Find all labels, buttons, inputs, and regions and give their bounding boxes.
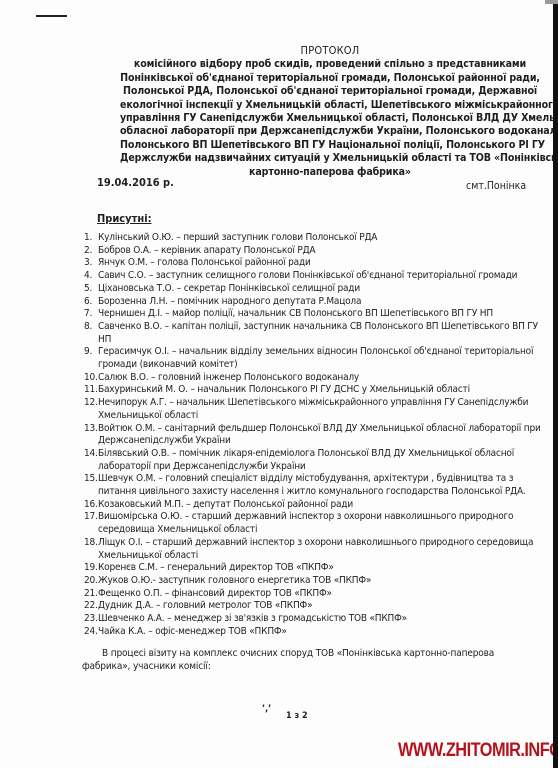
attendee-number: 12. <box>84 397 98 410</box>
attendee-number: 20. <box>84 575 98 588</box>
attendee-number: 4. <box>84 270 98 283</box>
attendee-text: Войтюк О.М. – санітарний фельдшер Полонс… <box>98 423 544 448</box>
scan-speck: ’,’ <box>262 704 271 714</box>
attendee-number: 13. <box>84 423 98 436</box>
attendee-number: 11. <box>84 384 98 397</box>
attendee-item: 10.Салюк В.О. – головний інженер Полонсь… <box>84 372 544 385</box>
attendee-text: Герасимчук О.І. – начальник відділу земе… <box>98 346 544 371</box>
attendee-text: Нечипорук А.Г. – начальник Шепетівського… <box>98 397 544 422</box>
attendee-number: 1. <box>84 232 98 245</box>
attendee-text: Чернишен Д.І. – майор поліції, начальник… <box>98 308 544 321</box>
attendee-text: Дудник Д.А. – головний метролог ТОВ «ПКП… <box>98 600 544 613</box>
attendee-text: Коренєв С.М. – генеральний директор ТОВ … <box>98 562 544 575</box>
attendee-item: 6.Борозенна Л.Н. – помічник народного де… <box>84 296 544 309</box>
subtitle-line: Понінківської об'єднаної територіальної … <box>120 72 540 85</box>
attendee-number: 21. <box>84 588 98 601</box>
attendee-text: Савченко В.О. – капітан поліції, заступн… <box>98 321 544 346</box>
attendee-text: Бахуринський М. О. – начальник Полонсько… <box>98 384 544 397</box>
subtitle-line: Держслужби надзвичайних ситуацій у Хмель… <box>120 152 540 165</box>
attendee-number: 14. <box>84 448 98 461</box>
attendee-item: 21.Фещенко О.П. – фінансовий директор ТО… <box>84 588 544 601</box>
subtitle-line: екологічної інспекції у Хмельницькій обл… <box>120 99 540 112</box>
attendee-text: Ціхановська Т.О. – секретар Понінківсько… <box>98 283 544 296</box>
attendee-number: 23. <box>84 613 98 626</box>
attendee-number: 19. <box>84 562 98 575</box>
attendee-text: Білявський О.В. – помічник лікаря-епідем… <box>98 448 544 473</box>
attendee-text: Шевченко А.А. – менеджер зі зв'язків з г… <box>98 613 544 626</box>
attendee-item: 11.Бахуринський М. О. – начальник Полонс… <box>84 384 544 397</box>
attendee-number: 18. <box>84 537 98 550</box>
scan-edge-band <box>553 4 558 768</box>
attendee-text: Савич С.О. – заступник селищного голови … <box>98 270 544 283</box>
attendee-number: 22. <box>84 600 98 613</box>
closing-paragraph: В процесі візиту на комплекс очисних спо… <box>82 648 542 673</box>
attendee-number: 8. <box>84 321 98 334</box>
document-date: 19.04.2016 р. <box>97 176 174 189</box>
present-heading: Присутні: <box>97 212 152 225</box>
subtitle-line: Полонської РДА, Полонської об'єднаної те… <box>120 85 540 98</box>
site-watermark: WWW.ZHITOMIR.INFO <box>398 740 558 762</box>
subtitle-line: комісійного відбору проб скидів, проведе… <box>120 58 540 71</box>
attendee-text: Ліщук О.І. – старший державний інспектор… <box>98 537 544 562</box>
attendees-list: 1.Кулінський О.Ю. – перший заступник гол… <box>84 232 544 639</box>
attendee-number: 24. <box>84 626 98 639</box>
attendee-number: 3. <box>84 257 98 270</box>
attendee-text: Жуков О.Ю.- заступник головного енергети… <box>98 575 544 588</box>
document-place: смт.Понінка <box>466 180 526 192</box>
attendee-text: Кулінський О.Ю. – перший заступник голов… <box>98 232 544 245</box>
attendee-item: 8.Савченко В.О. – капітан поліції, засту… <box>84 321 544 346</box>
attendee-item: 15.Шевчук О.М. – головний спеціаліст від… <box>84 473 544 498</box>
attendee-number: 6. <box>84 296 98 309</box>
attendee-number: 9. <box>84 346 98 359</box>
document-page: ПРОТОКОЛ комісійного відбору проб скидів… <box>0 0 553 768</box>
subtitle-line: управління ГУ Санепідслужби Хмельницької… <box>120 112 540 125</box>
attendee-number: 2. <box>84 245 98 258</box>
attendee-text: Чайка К.А. – офіс-менеджер ТОВ «ПКПФ» <box>98 626 544 639</box>
subtitle-line: Полонського ВП Шепетівського ВП ГУ Націо… <box>120 139 540 152</box>
subtitle-line: обласної лабораторії при Держсанепідслуж… <box>120 125 540 138</box>
attendee-item: 22.Дудник Д.А. – головний метролог ТОВ «… <box>84 600 544 613</box>
attendee-text: Салюк В.О. – головний інженер Полонськог… <box>98 372 544 385</box>
attendee-item: 1.Кулінський О.Ю. – перший заступник гол… <box>84 232 544 245</box>
attendee-number: 17. <box>84 511 98 524</box>
attendee-number: 5. <box>84 283 98 296</box>
attendee-item: 3.Янчук О.М. – голова Полонської районно… <box>84 257 544 270</box>
attendee-item: 23.Шевченко А.А. – менеджер зі зв'язків … <box>84 613 544 626</box>
attendee-item: 12.Нечипорук А.Г. – начальник Шепетівськ… <box>84 397 544 422</box>
attendee-item: 13.Войтюк О.М. – санітарний фельдшер Пол… <box>84 423 544 448</box>
attendee-number: 7. <box>84 308 98 321</box>
attendee-item: 5.Ціхановська Т.О. – секретар Понінківсь… <box>84 283 544 296</box>
document-header: ПРОТОКОЛ комісійного відбору проб скидів… <box>120 44 540 179</box>
attendee-number: 10. <box>84 372 98 385</box>
attendee-item: 18.Ліщук О.І. – старший державний інспек… <box>84 537 544 562</box>
page-number: 1 з 2 <box>286 711 308 721</box>
scan-artifact-mark <box>36 15 67 17</box>
attendee-item: 17.Вишомірська О.Ю. – старший державний … <box>84 511 544 536</box>
attendee-text: Фещенко О.П. – фінансовий директор ТОВ «… <box>98 588 544 601</box>
subtitle-line: картонно-паперова фабрика» <box>120 166 540 179</box>
attendee-text: Козаковський М.П. – депутат Полонської р… <box>98 499 544 512</box>
attendee-item: 14.Білявський О.В. – помічник лікаря-епі… <box>84 448 544 473</box>
attendee-item: 9.Герасимчук О.І. – начальник відділу зе… <box>84 346 544 371</box>
attendee-text: Борозенна Л.Н. – помічник народного депу… <box>98 296 544 309</box>
document-title: ПРОТОКОЛ <box>120 44 540 57</box>
attendee-item: 7.Чернишен Д.І. – майор поліції, начальн… <box>84 308 544 321</box>
attendee-item: 4.Савич С.О. – заступник селищного голов… <box>84 270 544 283</box>
attendee-item: 16.Козаковський М.П. – депутат Полонсько… <box>84 499 544 512</box>
attendee-item: 2.Бобров О.А. – керівник апарату Полонсь… <box>84 245 544 258</box>
attendee-item: 24.Чайка К.А. – офіс-менеджер ТОВ «ПКПФ» <box>84 626 544 639</box>
attendee-item: 20.Жуков О.Ю.- заступник головного енерг… <box>84 575 544 588</box>
attendee-number: 16. <box>84 499 98 512</box>
attendee-text: Шевчук О.М. – головний спеціаліст відділ… <box>98 473 544 498</box>
attendee-item: 19.Коренєв С.М. – генеральний директор Т… <box>84 562 544 575</box>
attendee-text: Бобров О.А. – керівник апарату Полонсько… <box>98 245 544 258</box>
attendee-text: Янчук О.М. – голова Полонської районної … <box>98 257 544 270</box>
attendee-text: Вишомірська О.Ю. – старший державний інс… <box>98 511 544 536</box>
attendee-number: 15. <box>84 473 98 486</box>
